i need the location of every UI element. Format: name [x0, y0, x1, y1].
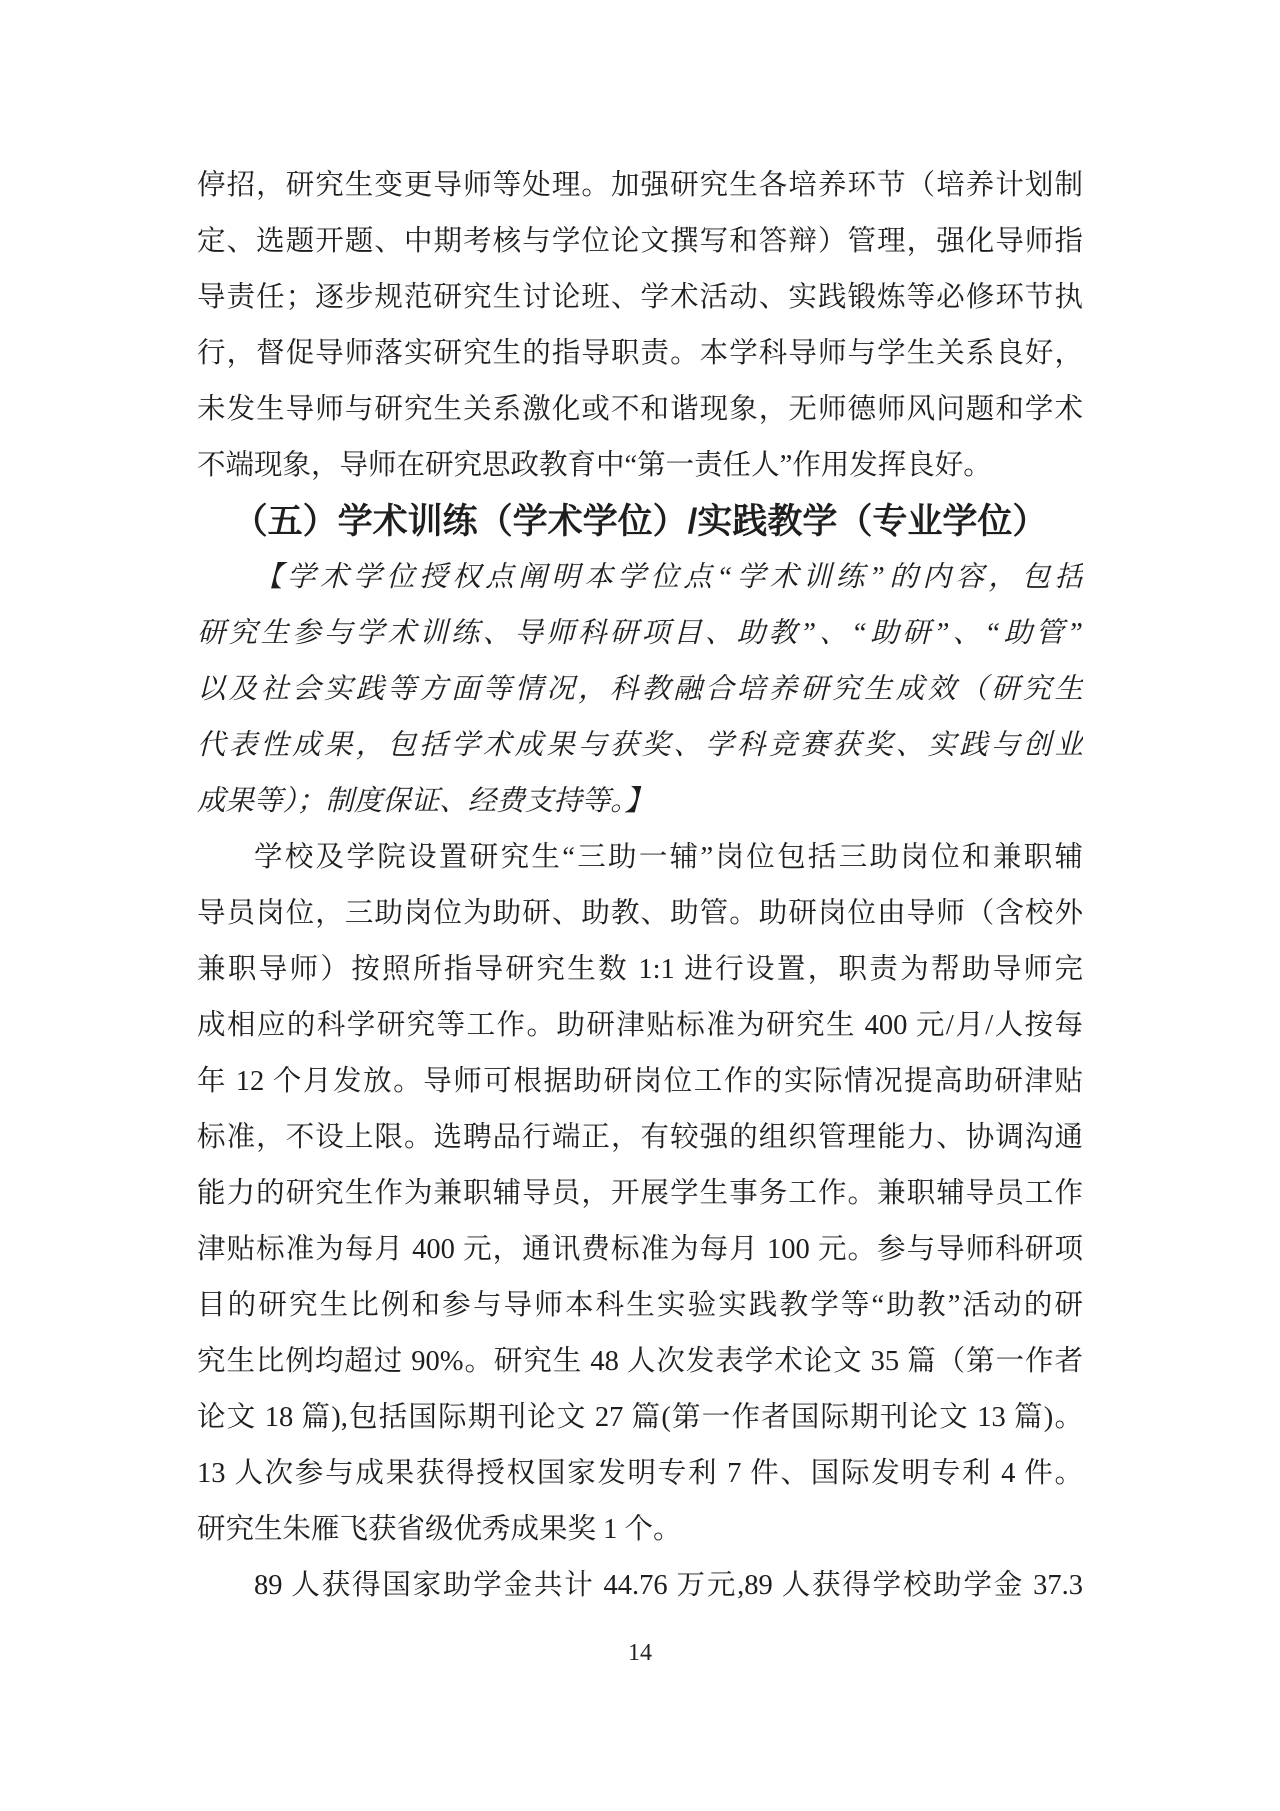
text-line: 代表性成果，包括学术成果与获奖、学科竞赛获奖、实践与创业	[197, 718, 1083, 774]
text-line: 【学术学位授权点阐明本学位点“学术训练”的内容，包括	[197, 550, 1083, 606]
section-heading: （五）学术训练（学术学位）/实践教学（专业学位）	[197, 494, 1083, 550]
text-line: 不端现象，导师在研究思政教育中“第一责任人”作用发挥良好。	[197, 438, 1083, 494]
text-line: 兼职导师）按照所指导研究生数 1:1 进行设置，职责为帮助导师完	[197, 942, 1083, 998]
text-line: 停招，研究生变更导师等处理。加强研究生各培养环节（培养计划制	[197, 158, 1083, 214]
document-page: 停招，研究生变更导师等处理。加强研究生各培养环节（培养计划制定、选题开题、中期考…	[0, 0, 1280, 1811]
text-line: 导责任；逐步规范研究生讨论班、学术活动、实践锻炼等必修环节执	[197, 270, 1083, 326]
text-line: 13 人次参与成果获得授权国家发明专利 7 件、国际发明专利 4 件。	[197, 1446, 1083, 1502]
text-line: 成相应的科学研究等工作。助研津贴标准为研究生 400 元/月/人按每	[197, 998, 1083, 1054]
text-line: 目的研究生比例和参与导师本科生实验实践教学等“助教”活动的研	[197, 1278, 1083, 1334]
text-line: 津贴标准为每月 400 元，通讯费标准为每月 100 元。参与导师科研项	[197, 1222, 1083, 1278]
text-line: 89 人获得国家助学金共计 44.76 万元,89 人获得学校助学金 37.3	[197, 1558, 1083, 1614]
text-line: 学校及学院设置研究生“三助一辅”岗位包括三助岗位和兼职辅	[197, 830, 1083, 886]
text-line: 论文 18 篇),包括国际期刊论文 27 篇(第一作者国际期刊论文 13 篇)。	[197, 1390, 1083, 1446]
page-number: 14	[0, 1638, 1280, 1668]
text-line: 未发生导师与研究生关系激化或不和谐现象，无师德师风问题和学术	[197, 382, 1083, 438]
text-line: 导员岗位，三助岗位为助研、助教、助管。助研岗位由导师（含校外	[197, 886, 1083, 942]
text-line: 以及社会实践等方面等情况，科教融合培养研究生成效（研究生	[197, 662, 1083, 718]
document-body: 停招，研究生变更导师等处理。加强研究生各培养环节（培养计划制定、选题开题、中期考…	[197, 158, 1083, 1614]
text-line: 行，督促导师落实研究生的指导职责。本学科导师与学生关系良好，	[197, 326, 1083, 382]
text-line: 标准，不设上限。选聘品行端正，有较强的组织管理能力、协调沟通	[197, 1110, 1083, 1166]
text-line: 成果等）；制度保证、经费支持等。】	[197, 774, 1083, 830]
text-line: 能力的研究生作为兼职辅导员，开展学生事务工作。兼职辅导员工作	[197, 1166, 1083, 1222]
text-line: 定、选题开题、中期考核与学位论文撰写和答辩）管理，强化导师指	[197, 214, 1083, 270]
text-line: 研究生参与学术训练、导师科研项目、助教”、“助研”、“助管”	[197, 606, 1083, 662]
text-line: 究生比例均超过 90%。研究生 48 人次发表学术论文 35 篇（第一作者	[197, 1334, 1083, 1390]
text-line: 年 12 个月发放。导师可根据助研岗位工作的实际情况提高助研津贴	[197, 1054, 1083, 1110]
text-line: 研究生朱雁飞获省级优秀成果奖 1 个。	[197, 1502, 1083, 1558]
